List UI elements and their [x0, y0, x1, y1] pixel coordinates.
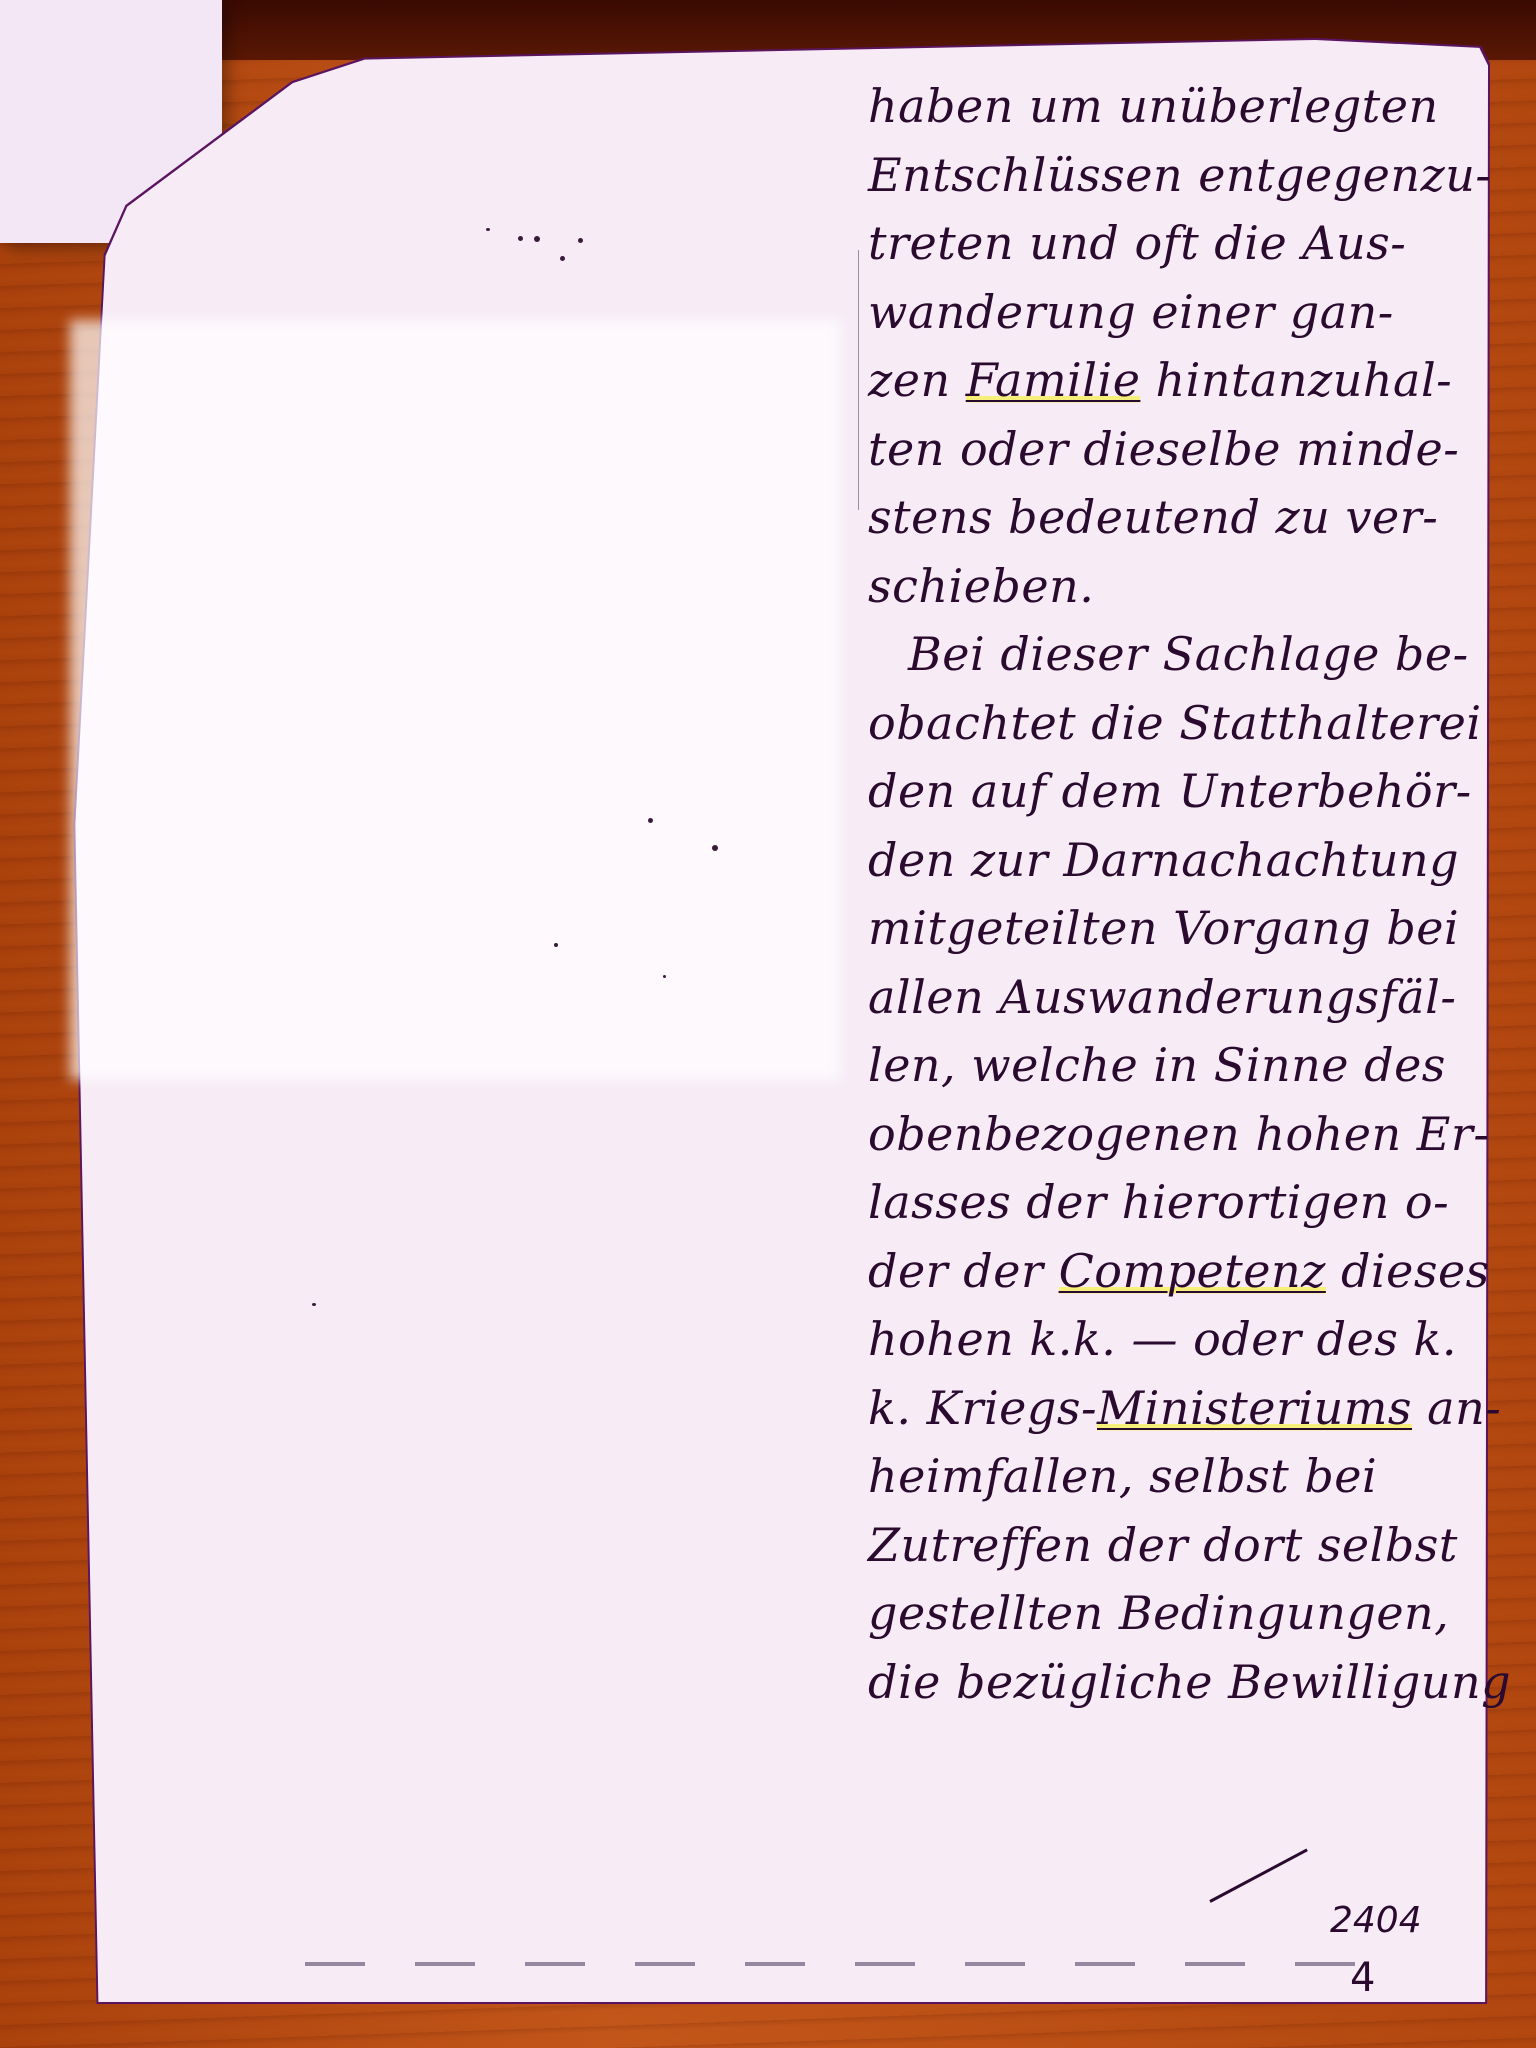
text-line: mitgeteilten Vorgang bei	[868, 894, 1468, 963]
text-line: hohen k.k. — oder des k.	[868, 1305, 1468, 1374]
text-fragment: zen	[868, 353, 951, 407]
ink-speck	[534, 236, 540, 242]
highlighted-word-competenz: Competenz	[1059, 1244, 1326, 1298]
text-line: Zutreffen der dort selbst	[868, 1511, 1468, 1580]
ink-speck	[312, 1303, 316, 1306]
text-line: lasses der hierortigen o-	[868, 1168, 1468, 1237]
text-line: treten und oft die Aus-	[868, 209, 1468, 278]
margin-line	[858, 250, 859, 510]
text-line: wanderung einer gan-	[868, 278, 1468, 347]
ink-speck	[554, 943, 558, 947]
ink-speck	[578, 238, 583, 243]
text-line: haben um unüberlegten	[868, 72, 1468, 141]
text-line: den auf dem Unterbehör-	[868, 757, 1468, 826]
text-line: schieben.	[868, 552, 1468, 621]
ink-speck	[560, 256, 565, 261]
text-line: der der Competenz dieses	[868, 1237, 1468, 1306]
text-line: den zur Darnachachtung	[868, 826, 1468, 895]
text-line: obachtet die Statthalterei	[868, 689, 1468, 758]
text-line: stens bedeutend zu ver-	[868, 483, 1468, 552]
handwritten-text-column: haben um unüberlegten Entschlüssen entge…	[868, 72, 1468, 1716]
folio-number: 4	[1350, 1955, 1375, 2001]
text-line: zen Familie hintanzuhal-	[868, 346, 1468, 415]
ink-speck	[518, 236, 523, 241]
ink-speck	[648, 818, 653, 823]
text-line: ten oder dieselbe minde-	[868, 415, 1468, 484]
ink-speck	[712, 845, 718, 851]
text-line: len, welche in Sinne des	[868, 1031, 1468, 1100]
ink-speck	[663, 975, 666, 978]
text-line: heimfallen, selbst bei	[868, 1442, 1468, 1511]
text-fragment: dieses	[1341, 1244, 1490, 1298]
text-line: Entschlüssen entgegenzu-	[868, 141, 1468, 210]
text-line: die bezügliche Bewilligung	[868, 1648, 1468, 1717]
text-line: obenbezogenen hohen Er-	[868, 1100, 1468, 1169]
text-fragment: k. Kriegs-	[868, 1381, 1097, 1435]
text-line: k. Kriegs-Ministeriums an-	[868, 1374, 1468, 1443]
text-fragment: der der	[868, 1244, 1043, 1298]
text-line: gestellten Bedingungen,	[868, 1579, 1468, 1648]
text-fragment: hintanzuhal-	[1156, 353, 1453, 407]
reference-number: 2404	[1330, 1900, 1422, 1941]
text-fragment: an-	[1427, 1381, 1501, 1435]
page-glare	[70, 320, 840, 1080]
text-line-paragraph-start: Bei dieser Sachlage be-	[868, 620, 1468, 689]
ink-speck	[486, 228, 490, 231]
text-line: allen Auswanderungsfäl-	[868, 963, 1468, 1032]
highlighted-word-ministeriums: Ministeriums	[1097, 1381, 1412, 1435]
highlighted-word-familie: Familie	[966, 353, 1141, 407]
bottom-ruled-marks	[305, 1962, 1405, 1966]
